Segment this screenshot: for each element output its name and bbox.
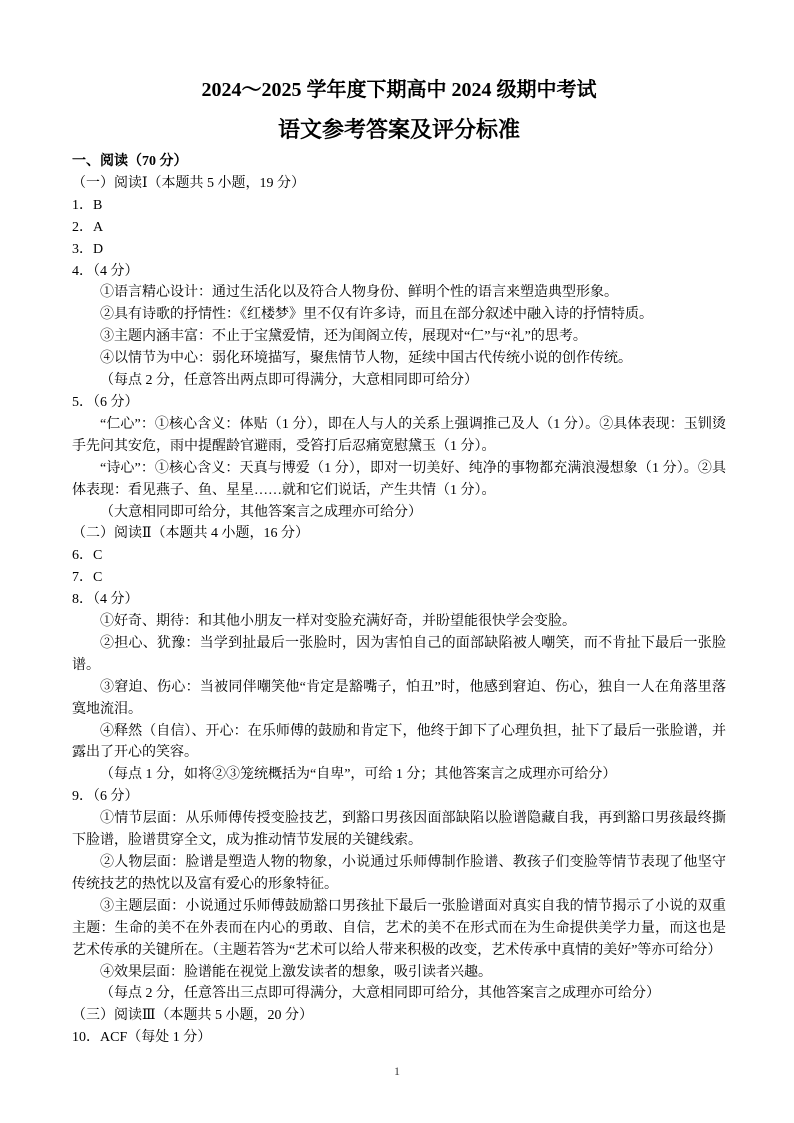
- answer-line: 5．（6 分）: [72, 392, 726, 414]
- answer-line: （三）阅读Ⅲ（本题共 5 小题，20 分）: [72, 1005, 726, 1027]
- answer-line: ④效果层面：脸谱能在视觉上激发读者的想象，吸引读者兴趣。: [72, 962, 726, 984]
- answer-line: 2．A: [72, 217, 726, 239]
- answer-line: 10．ACF（每处 1 分）: [72, 1027, 726, 1049]
- document-title-line2: 语文参考答案及评分标准: [72, 114, 726, 146]
- answer-line: ③主题内涵丰富：不止于宝黛爱情，还为闺阁立传，展现对“仁”与“礼”的思考。: [72, 326, 726, 348]
- answer-line: ③主题层面：小说通过乐师傅鼓励豁口男孩扯下最后一张脸谱面对真实自我的情节揭示了小…: [72, 896, 726, 962]
- answer-line: “仁心”：①核心含义：体贴（1 分），即在人与人的关系上强调推己及人（1 分）。…: [72, 414, 726, 458]
- answer-line: ①语言精心设计：通过生活化以及符合人物身份、鲜明个性的语言来塑造典型形象。: [72, 282, 726, 304]
- answer-line: “诗心”：①核心含义：天真与博爱（1 分），即对一切美好、纯净的事物都充满浪漫想…: [72, 458, 726, 502]
- answer-line: ②担心、犹豫：当学到扯最后一张脸时，因为害怕自己的面部缺陷被人嘲笑，而不肯扯下最…: [72, 633, 726, 677]
- answer-line: 8．（4 分）: [72, 589, 726, 611]
- answer-line: ①好奇、期待：和其他小朋友一样对变脸充满好奇，并盼望能很快学会变脸。: [72, 611, 726, 633]
- answer-line: ④以情节为中心：弱化环境描写，聚焦情节人物，延续中国古代传统小说的创作传统。: [72, 348, 726, 370]
- answer-line: ①情节层面：从乐师傅传授变脸技艺，到豁口男孩因面部缺陷以脸谱隐藏自我，再到豁口男…: [72, 808, 726, 852]
- answer-line: 1．B: [72, 195, 726, 217]
- answer-line: 9．（6 分）: [72, 786, 726, 808]
- answer-line: ③窘迫、伤心：当被同伴嘲笑他“肯定是豁嘴子，怕丑”时，他感到窘迫、伤心，独自一人…: [72, 677, 726, 721]
- answer-line: （大意相同即可给分，其他答案言之成理亦可给分）: [72, 502, 726, 524]
- answer-line: 3．D: [72, 239, 726, 261]
- answer-line: （二）阅读Ⅱ（本题共 4 小题，16 分）: [72, 523, 726, 545]
- page-number: 1: [0, 1064, 794, 1079]
- document-body: 一、阅读（70 分）（一）阅读Ⅰ（本题共 5 小题，19 分）1．B2．A3．D…: [72, 151, 726, 1049]
- answer-line: （每点 2 分，任意答出三点即可得满分，大意相同即可给分，其他答案言之成理亦可给…: [72, 983, 726, 1005]
- answer-line: 6．C: [72, 545, 726, 567]
- document-page: 2024～2025 学年度下期高中 2024 级期中考试 语文参考答案及评分标准…: [0, 0, 794, 1123]
- answer-line: （一）阅读Ⅰ（本题共 5 小题，19 分）: [72, 173, 726, 195]
- answer-line: 4．（4 分）: [72, 261, 726, 283]
- document-title-line1: 2024～2025 学年度下期高中 2024 级期中考试: [72, 76, 726, 104]
- answer-line: 7．C: [72, 567, 726, 589]
- answer-line: ②具有诗歌的抒情性：《红楼梦》里不仅有许多诗，而且在部分叙述中融入诗的抒情特质。: [72, 304, 726, 326]
- answer-line: （每点 2 分，任意答出两点即可得满分，大意相同即可给分）: [72, 370, 726, 392]
- answer-line: ④释然（自信）、开心：在乐师傅的鼓励和肯定下，他终于卸下了心理负担，扯下了最后一…: [72, 721, 726, 765]
- answer-line: （每点 1 分，如将②③笼统概括为“自卑”，可给 1 分；其他答案言之成理亦可给…: [72, 764, 726, 786]
- answer-line: ②人物层面：脸谱是塑造人物的物象，小说通过乐师傅制作脸谱、教孩子们变脸等情节表现…: [72, 852, 726, 896]
- answer-line: 一、阅读（70 分）: [72, 151, 726, 173]
